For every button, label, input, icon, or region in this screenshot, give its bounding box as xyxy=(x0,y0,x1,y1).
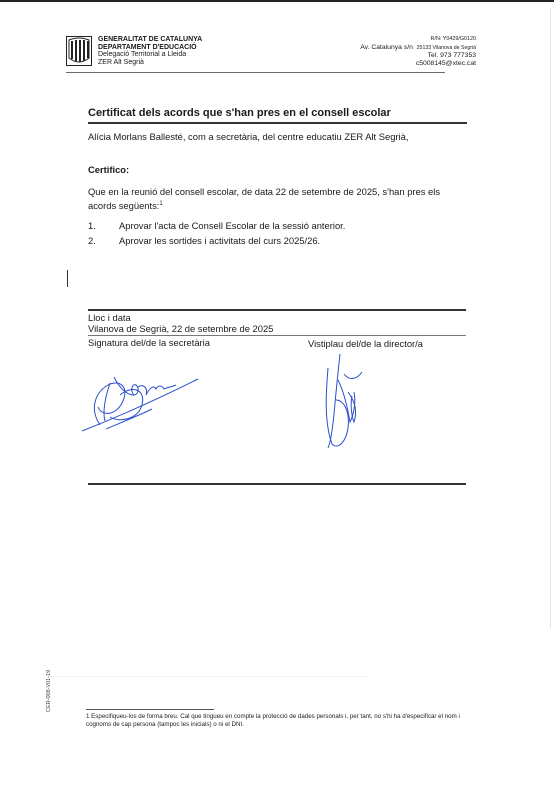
org-name: GENERALITAT DE CATALUNYA xyxy=(98,36,202,44)
certify-heading: Certifico: xyxy=(88,164,129,175)
address-city: 25133 Vilanova de Segrià xyxy=(417,45,476,51)
signature-top-rule xyxy=(88,309,466,311)
email: c5008145@xtec.cat xyxy=(360,60,476,68)
top-border xyxy=(0,0,554,2)
phone: Tel. 973 777353 xyxy=(360,52,476,60)
page-edge-line xyxy=(550,8,551,628)
address-street: Av. Catalunya s/n xyxy=(360,44,413,51)
margin-mark xyxy=(67,270,68,287)
signature-bottom-rule xyxy=(88,483,466,485)
agreement-text: Aprovar l'acta de Consell Escolar de la … xyxy=(119,220,345,231)
footnote-reference: 1 xyxy=(159,201,162,207)
title-divider xyxy=(88,122,467,124)
department-name: DEPARTAMENT D'EDUCACIÓ xyxy=(98,44,202,52)
delegation-name: Delegació Territorial a Lleida xyxy=(98,51,202,59)
agreement-text: Aprovar les sortides i activitats del cu… xyxy=(119,235,320,246)
reference-number: R/N: Y0429/G0120 xyxy=(360,36,476,44)
form-code: CER-008-V01-19 xyxy=(46,670,52,712)
footnote-divider xyxy=(86,709,214,710)
scan-artifact xyxy=(48,676,368,677)
agreement-item: 2.Aprovar les sortides i activitats del … xyxy=(88,235,320,246)
address-block: R/N: Y0429/G0120 Av. Catalunya s/n 25133… xyxy=(360,36,476,67)
director-signature-label: Vistiplau del/de la director/a xyxy=(308,338,423,349)
agreement-number: 1. xyxy=(88,220,119,231)
intro-text: Alícia Morlans Ballesté, com a secretàri… xyxy=(88,131,408,143)
school-name: ZER Alt Segrià xyxy=(98,59,202,67)
place-date-value: Vilanova de Segrià, 22 de setembre de 20… xyxy=(88,323,273,334)
statement-line-1: Que en la reunió del consell escolar, de… xyxy=(88,186,440,198)
statement: Que en la reunió del consell escolar, de… xyxy=(88,186,440,212)
secretary-signature-label: Signatura del/de la secretària xyxy=(88,337,210,348)
letterhead: GENERALITAT DE CATALUNYA DEPARTAMENT D'E… xyxy=(66,35,466,73)
place-date-label: Lloc i data xyxy=(88,312,131,323)
director-signature xyxy=(318,352,368,452)
document-title: Certificat dels acords que s'han pres en… xyxy=(88,107,391,119)
statement-line-2: acords següents: xyxy=(88,200,159,211)
agreement-number: 2. xyxy=(88,235,119,246)
footnote-text: 1 Especifiqueu-los de forma breu. Cal qu… xyxy=(86,713,466,729)
agreement-item: 1.Aprovar l'acta de Consell Escolar de l… xyxy=(88,220,345,231)
organization-block: GENERALITAT DE CATALUNYA DEPARTAMENT D'E… xyxy=(98,36,202,66)
place-date-rule xyxy=(88,335,466,336)
secretary-signature xyxy=(80,365,205,435)
header-divider xyxy=(66,72,445,73)
generalitat-logo-icon xyxy=(66,36,92,66)
